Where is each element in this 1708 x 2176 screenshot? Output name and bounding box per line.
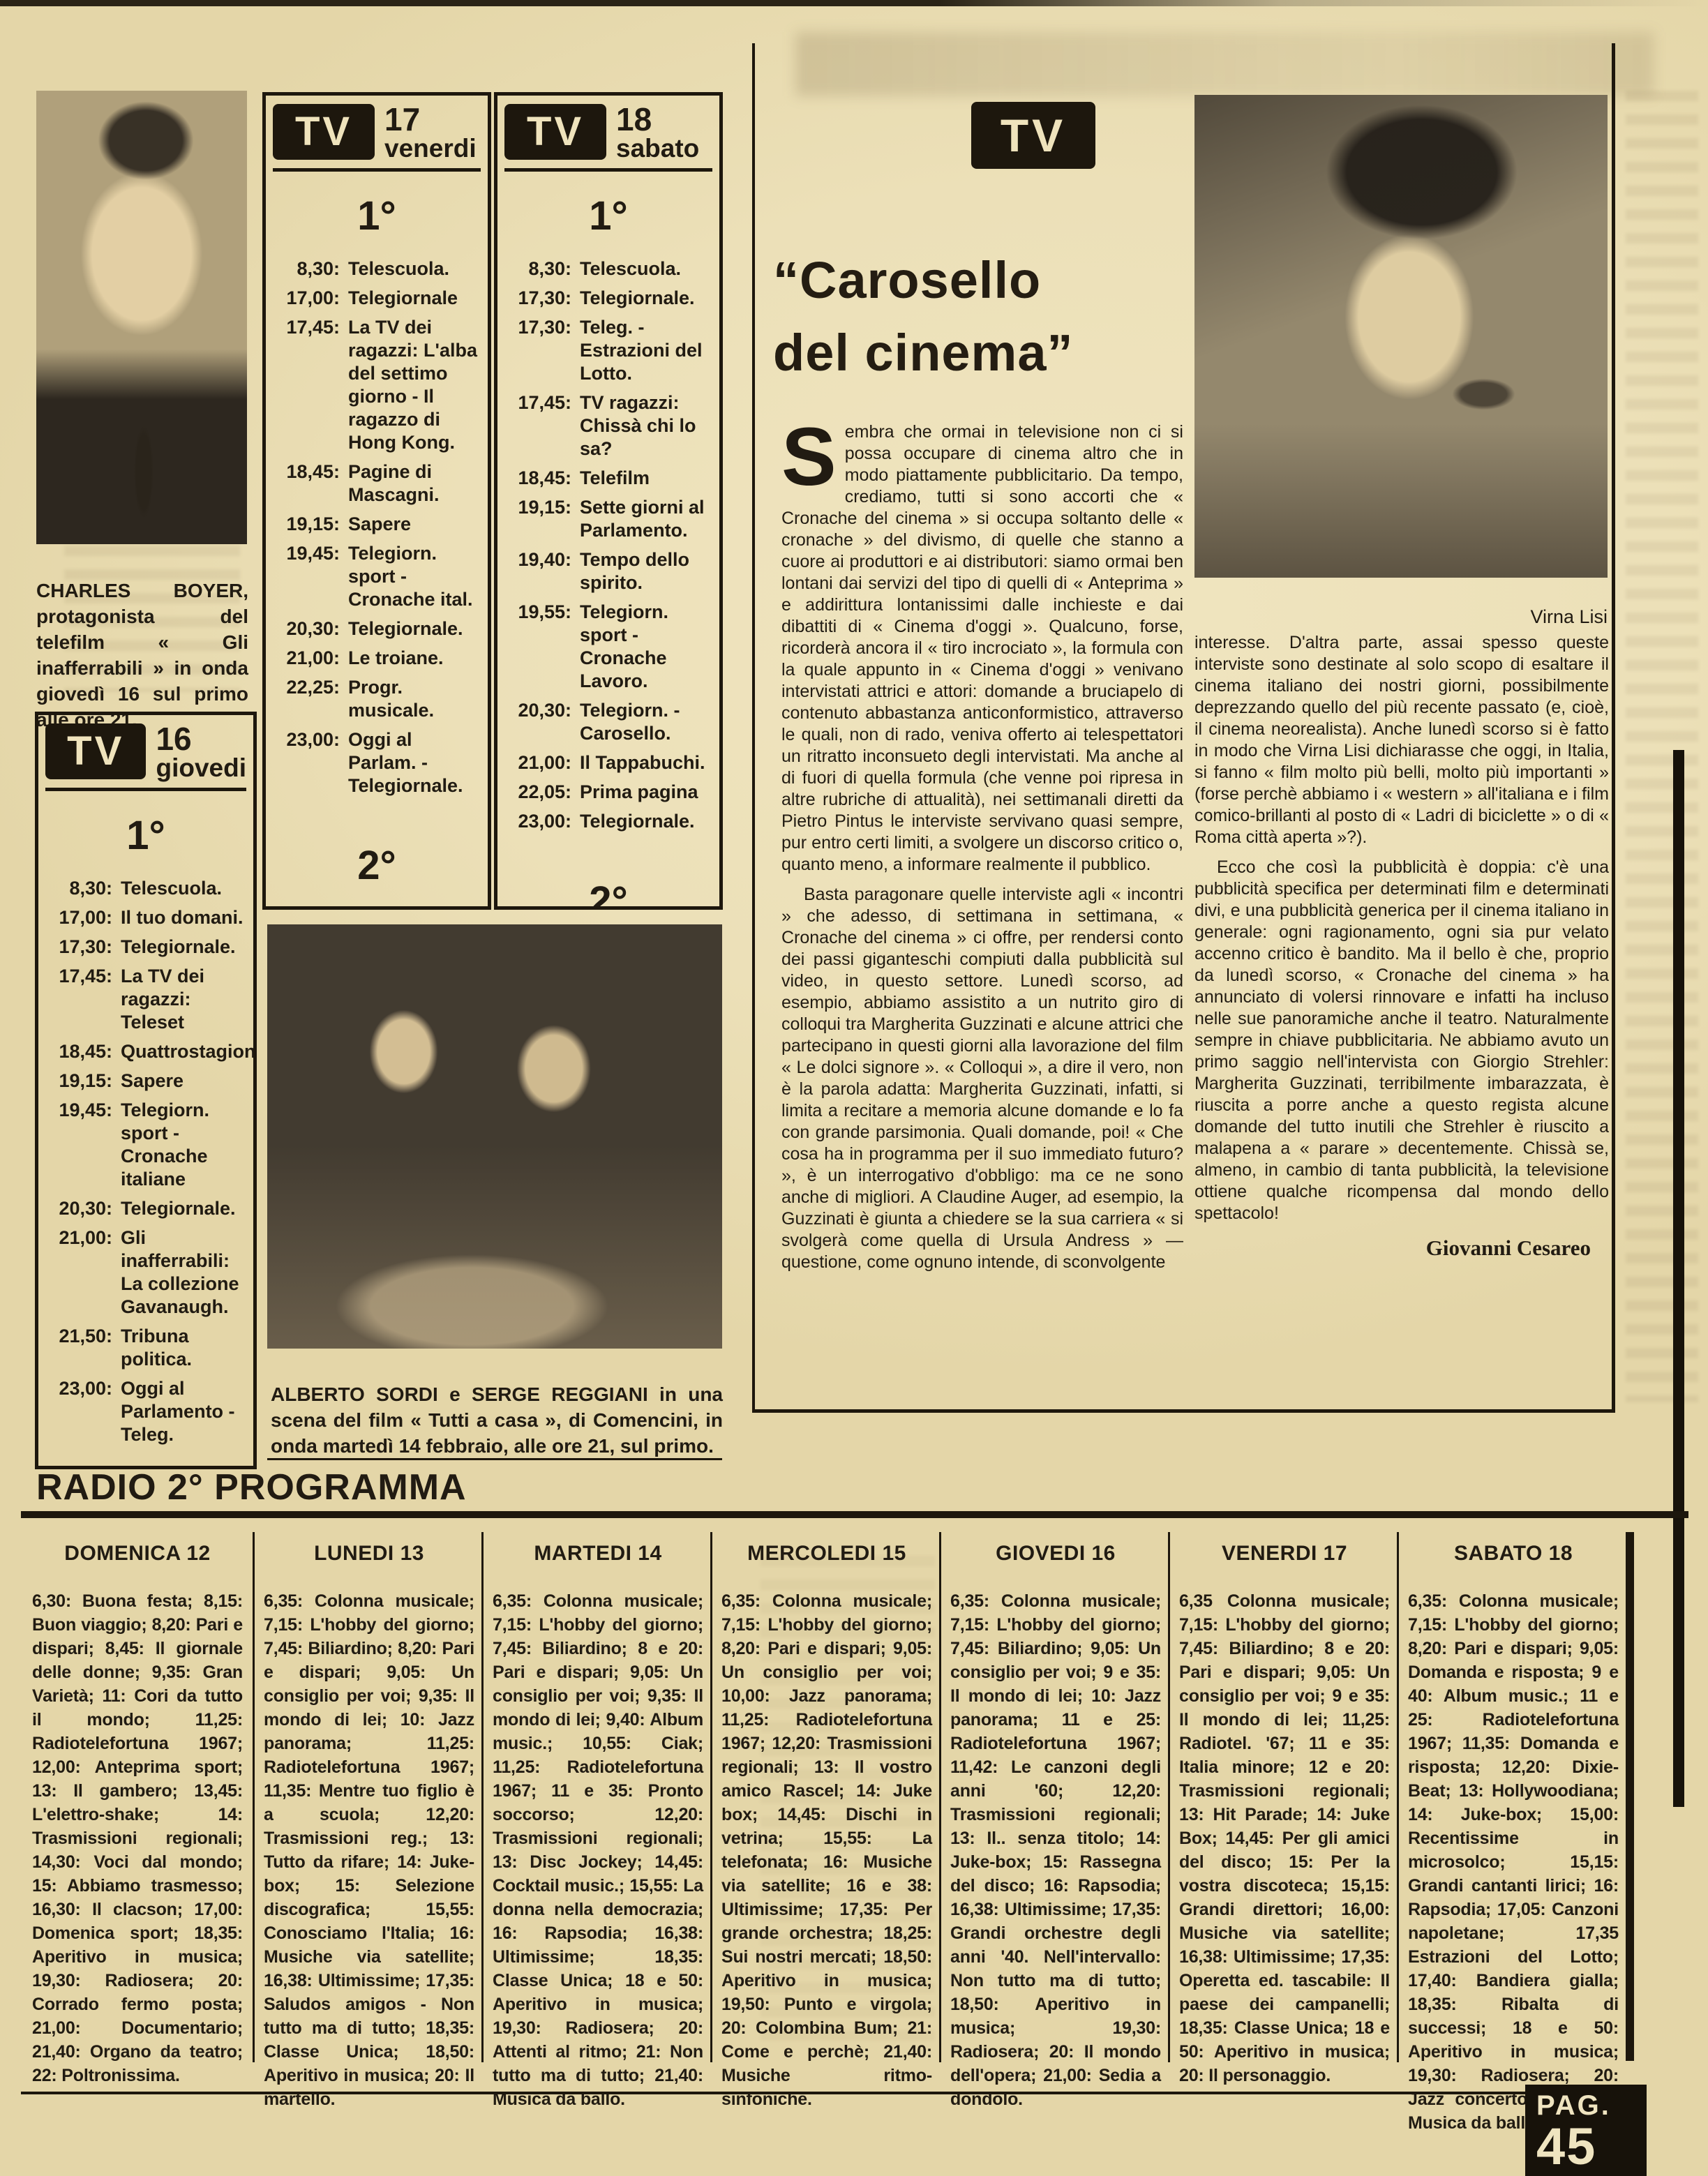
radio-section-title: RADIO 2° PROGRAMMA (36, 1466, 467, 1508)
column-separator (939, 1532, 941, 2062)
radio-heavy-rule (21, 1511, 1688, 1518)
program-title: Le troiane. (348, 647, 481, 670)
tv-day-number: 16 (156, 723, 246, 754)
program-row: 18,45:Telefilm (504, 467, 712, 490)
program-row: 19,15:Sapere (45, 1070, 246, 1093)
program-title: La TV dei ragazzi: Teleset (121, 965, 246, 1034)
radio-column-mercoledi: MERCOLEDI 15 6,35: Colonna musicale; 7,1… (714, 1532, 939, 2111)
tv-day-name: venerdi (384, 135, 477, 163)
program-time: 19,15: (504, 496, 571, 542)
tv-schedule-venerdi-17: TV17venerdi1°8,30:Telescuola.17,00:Teleg… (262, 92, 491, 910)
tv-box-day: 16giovedi (156, 723, 246, 782)
program-title: La TV dei ragazzi: L'alba del settimo gi… (348, 316, 481, 454)
column-separator (481, 1532, 484, 2062)
tv-day-name: sabato (616, 135, 699, 163)
program-row: 17,30:Telegiornale. (45, 936, 246, 959)
program-time: 20,30: (504, 699, 571, 745)
program-row: 22,05:Prima pagina (504, 781, 712, 804)
program-time: 23,00: (504, 810, 571, 833)
tv-box-header: TV17venerdi (273, 104, 481, 163)
magazine-page: CHARLES BOYER, protagonista del telefilm… (0, 0, 1708, 2176)
program-time: 19,15: (45, 1070, 112, 1093)
program-time: 20,30: (273, 617, 340, 640)
boyer-photo-caption: CHARLES BOYER, protagonista del telefilm… (36, 578, 248, 733)
tv-schedule-giovedi-16: TV16giovedi1°8,30:Telescuola.17,00:Il tu… (35, 712, 257, 1469)
program-title: Il Tappabuchi. (580, 751, 712, 774)
radio-day-listing: 6,35: Colonna musicale; 7,15: L'hobby de… (950, 1589, 1161, 2111)
program-row: 23,00:Oggi al Parlam. - Telegiornale. (273, 728, 481, 797)
article-paragraph: Basta paragonare quelle interviste agli … (781, 884, 1183, 1273)
radio-day-header: MERCOLEDI 15 (721, 1542, 932, 1566)
program-row: 19,45:Telegiorn. sport - Cronache italia… (45, 1099, 246, 1191)
article-column-left: Sembra che ormai in televisione non ci s… (781, 421, 1183, 1405)
program-title: Telegiornale. (348, 617, 481, 640)
program-title: Gli inafferrabili: La collezione Gavanau… (121, 1226, 246, 1319)
virna-lisi-caption: Virna Lisi (1368, 606, 1608, 628)
radio-day-header: GIOVEDI 16 (950, 1542, 1161, 1566)
radio-column-lunedi: LUNEDI 13 6,35: Colonna musicale; 7,15: … (257, 1532, 481, 2111)
program-time: 19,00: (273, 907, 340, 910)
program-row: 19,45:Telegiorn. sport - Cronache ital. (273, 542, 481, 611)
channel-section-title: 1° (504, 193, 712, 239)
program-row: 8,30:Telescuola. (273, 257, 481, 280)
radio-day-header: MARTEDI 14 (493, 1542, 703, 1566)
program-row: 21,50:Tribuna politica. (45, 1325, 246, 1371)
column-separator (253, 1532, 255, 2062)
program-title: Pagine di Mascagni. (348, 460, 481, 507)
radio-right-bar (1626, 1532, 1634, 2061)
paragraph-text: embra che ormai in televisione non ci si… (781, 422, 1183, 874)
program-time: 19,55: (504, 601, 571, 693)
program-title: Telescuola. (580, 257, 712, 280)
article-title: “Carosello del cinema” (773, 244, 1206, 389)
program-title: Oggi al Parlamento - Teleg. (121, 1377, 246, 1446)
program-row: 19,00:Non è mai troppo tardi (273, 907, 481, 910)
drop-cap: S (781, 426, 837, 488)
channel-section-title: 1° (45, 812, 246, 859)
program-time: 23,00: (45, 1377, 112, 1446)
program-title: Telegiorn. sport - Cronache ital. (348, 542, 481, 611)
article-title-line-2: del cinema” (773, 317, 1206, 389)
program-time: 22,05: (504, 781, 571, 804)
program-title: Sette giorni al Parlamento. (580, 496, 712, 542)
program-time: 23,00: (273, 728, 340, 797)
program-title: Tempo dello spirito. (580, 548, 712, 594)
program-time: 8,30: (504, 257, 571, 280)
channel-section-title: 2° (504, 878, 712, 910)
program-title: Telegiorn. sport - Cronache italiane (121, 1099, 246, 1191)
bleed-through-headline (795, 32, 1654, 96)
virna-lisi-photo (1194, 95, 1608, 578)
tv-box-day: 18sabato (616, 104, 699, 163)
program-time: 21,00: (45, 1226, 112, 1319)
program-time: 17,30: (45, 936, 112, 959)
program-title: Telefilm (580, 467, 712, 490)
program-row: 19,15:Sette giorni al Parlamento. (504, 496, 712, 542)
radio-column-sabato: SABATO 18 6,35: Colonna musicale; 7,15: … (1401, 1532, 1626, 2135)
program-title: Telegiorn. sport - Cronache Lavoro. (580, 601, 712, 693)
program-time: 17,30: (504, 287, 571, 310)
article-paragraph: Ecco che così la pubblicità è doppia: c'… (1194, 857, 1609, 1224)
program-row: 19,40:Tempo dello spirito. (504, 548, 712, 594)
tv-day-name: giovedi (156, 754, 246, 782)
tv-day-number: 18 (616, 104, 699, 135)
program-time: 17,00: (45, 906, 112, 929)
radio-day-listing: 6,35: Colonna musicale; 7,15: L'hobby de… (721, 1589, 932, 2111)
article-paragraph: interesse. D'altra parte, assai spesso q… (1194, 632, 1609, 848)
program-title: Telegiornale. (580, 287, 712, 310)
program-row: 22,25:Progr. musicale. (273, 676, 481, 722)
program-row: 20,30:Telegiornale. (273, 617, 481, 640)
program-title: TV ragazzi: Chissà chi lo sa? (580, 391, 712, 460)
article-bottom-rule (752, 1409, 1615, 1413)
program-time: 17,30: (504, 316, 571, 385)
page-number-value: 45 (1536, 2121, 1635, 2173)
program-time: 20,30: (45, 1197, 112, 1220)
header-divider (45, 788, 246, 791)
program-time: 19,40: (504, 548, 571, 594)
program-time: 19,45: (273, 542, 340, 611)
sordi-photo-caption: ALBERTO SORDI e SERGE REGGIANI in una sc… (271, 1381, 723, 1459)
program-title: Telescuola. (121, 877, 246, 900)
program-title: Telegiorn. - Carosello. (580, 699, 712, 745)
radio-column-venerdi: VENERDI 17 6,35 Colonna musicale; 7,15: … (1172, 1532, 1397, 2087)
program-row: 8,30:Telescuola. (504, 257, 712, 280)
program-title: Sapere (121, 1070, 246, 1093)
program-row: 23,00:Telegiornale. (504, 810, 712, 833)
charles-boyer-photo (36, 91, 247, 544)
radio-day-listing: 6,35 Colonna musicale; 7,15: L'hobby del… (1179, 1589, 1390, 2087)
sordi-reggiani-photo (267, 924, 722, 1349)
radio-day-listing: 6,35: Colonna musicale; 7,15: L'hobby de… (264, 1589, 474, 2111)
program-title: Telegiornale (348, 287, 481, 310)
program-row: 8,30:Telescuola. (45, 877, 246, 900)
program-title: Prima pagina (580, 781, 712, 804)
program-row: 23,00:Oggi al Parlamento - Teleg. (45, 1377, 246, 1446)
program-row: 20,30:Telegiornale. (45, 1197, 246, 1220)
radio-day-listing: 6,35: Colonna musicale; 7,15: L'hobby de… (493, 1589, 703, 2111)
page-edge-bar (1673, 750, 1684, 1807)
radio-day-listing: 6,30: Buona festa; 8,15: Buon viaggio; 8… (32, 1589, 243, 2087)
page-number-label: PAG. (1536, 2090, 1635, 2121)
tv-box-header: TV18sabato (504, 104, 712, 163)
tv-schedule-sabato-18: TV18sabato1°8,30:Telescuola.17,30:Telegi… (494, 92, 723, 910)
program-row: 17,45:La TV dei ragazzi: L'alba del sett… (273, 316, 481, 454)
program-time: 8,30: (273, 257, 340, 280)
article-paragraph: Sembra che ormai in televisione non ci s… (781, 421, 1183, 876)
program-time: 22,25: (273, 676, 340, 722)
program-row: 21,00:Il Tappabuchi. (504, 751, 712, 774)
radio-column-giovedi: GIOVEDI 16 6,35: Colonna musicale; 7,15:… (943, 1532, 1168, 2111)
header-divider (504, 168, 712, 172)
program-row: 21,00:Gli inafferrabili: La collezione G… (45, 1226, 246, 1319)
program-title: Telegiornale. (121, 1197, 246, 1220)
tv-box-header: TV16giovedi (45, 723, 246, 782)
program-time: 17,45: (273, 316, 340, 454)
tv-logo: TV (504, 104, 606, 160)
radio-day-header: VENERDI 17 (1179, 1542, 1390, 1566)
header-divider (273, 168, 481, 172)
program-time: 17,45: (504, 391, 571, 460)
program-row: 17,00:Il tuo domani. (45, 906, 246, 929)
program-row: 18,45:Quattrostagioni (45, 1040, 246, 1063)
program-time: 17,45: (45, 965, 112, 1034)
program-time: 21,00: (504, 751, 571, 774)
program-time: 18,45: (504, 467, 571, 490)
program-row: 20,30:Telegiorn. - Carosello. (504, 699, 712, 745)
radio-column-martedi: MARTEDI 14 6,35: Colonna musicale; 7,15:… (486, 1532, 710, 2111)
program-title: Progr. musicale. (348, 676, 481, 722)
program-title: Telegiornale. (121, 936, 246, 959)
program-time: 21,00: (273, 647, 340, 670)
radio-day-listing: 6,35: Colonna musicale; 7,15: L'hobby de… (1408, 1589, 1619, 2135)
radio-column-domenica: DOMENICA 12 6,30: Buona festa; 8,15: Buo… (25, 1532, 250, 2087)
program-row: 17,00:Telegiornale (273, 287, 481, 310)
page-number-badge: PAG. 45 (1525, 2085, 1647, 2176)
program-row: 17,30:Teleg. - Estrazioni del Lotto. (504, 316, 712, 385)
program-title: Telescuola. (348, 257, 481, 280)
program-time: 19,15: (273, 513, 340, 536)
program-time: 21,50: (45, 1325, 112, 1371)
program-row: 19,55:Telegiorn. sport - Cronache Lavoro… (504, 601, 712, 693)
radio-day-header: SABATO 18 (1408, 1542, 1619, 1566)
program-row: 19,15:Sapere (273, 513, 481, 536)
article-title-line-1: “Carosello (773, 244, 1206, 317)
program-title: Telegiornale. (580, 810, 712, 833)
tv-logo: TV (971, 102, 1095, 169)
radio-bottom-rule (21, 2092, 1634, 2094)
article-right-rule (1612, 43, 1615, 1412)
tv-logo: TV (45, 723, 146, 779)
channel-section-title: 2° (273, 842, 481, 889)
column-separator (1397, 1532, 1399, 2062)
program-time: 17,00: (273, 287, 340, 310)
column-separator (1168, 1532, 1170, 2062)
program-row: 17,30:Telegiornale. (504, 287, 712, 310)
program-time: 18,45: (273, 460, 340, 507)
tv-logo: TV (273, 104, 375, 160)
bleed-through-column (1626, 91, 1698, 1402)
program-time: 19,45: (45, 1099, 112, 1191)
article-left-rule (752, 43, 755, 1412)
channel-section-title: 1° (273, 193, 481, 239)
program-title: Oggi al Parlam. - Telegiornale. (348, 728, 481, 797)
radio-day-header: LUNEDI 13 (264, 1542, 474, 1566)
tv-box-day: 17venerdi (384, 104, 477, 163)
program-row: 21,00:Le troiane. (273, 647, 481, 670)
program-title: Sapere (348, 513, 481, 536)
program-row: 17,45:La TV dei ragazzi: Teleset (45, 965, 246, 1034)
program-time: 18,45: (45, 1040, 112, 1063)
article-byline: Giovanni Cesareo (1194, 1236, 1609, 1261)
program-title: Non è mai troppo tardi (348, 907, 481, 910)
program-title: Tribuna politica. (121, 1325, 246, 1371)
column-separator (710, 1532, 712, 2062)
program-title: Teleg. - Estrazioni del Lotto. (580, 316, 712, 385)
program-time: 8,30: (45, 877, 112, 900)
program-title: Il tuo domani. (121, 906, 246, 929)
section-divider (267, 1458, 722, 1460)
program-row: 17,45:TV ragazzi: Chissà chi lo sa? (504, 391, 712, 460)
radio-day-header: DOMENICA 12 (32, 1542, 243, 1566)
tv-day-number: 17 (384, 104, 477, 135)
article-column-right: interesse. D'altra parte, assai spesso q… (1194, 632, 1609, 1405)
program-title: Quattrostagioni (121, 1040, 257, 1063)
program-row: 18,45:Pagine di Mascagni. (273, 460, 481, 507)
